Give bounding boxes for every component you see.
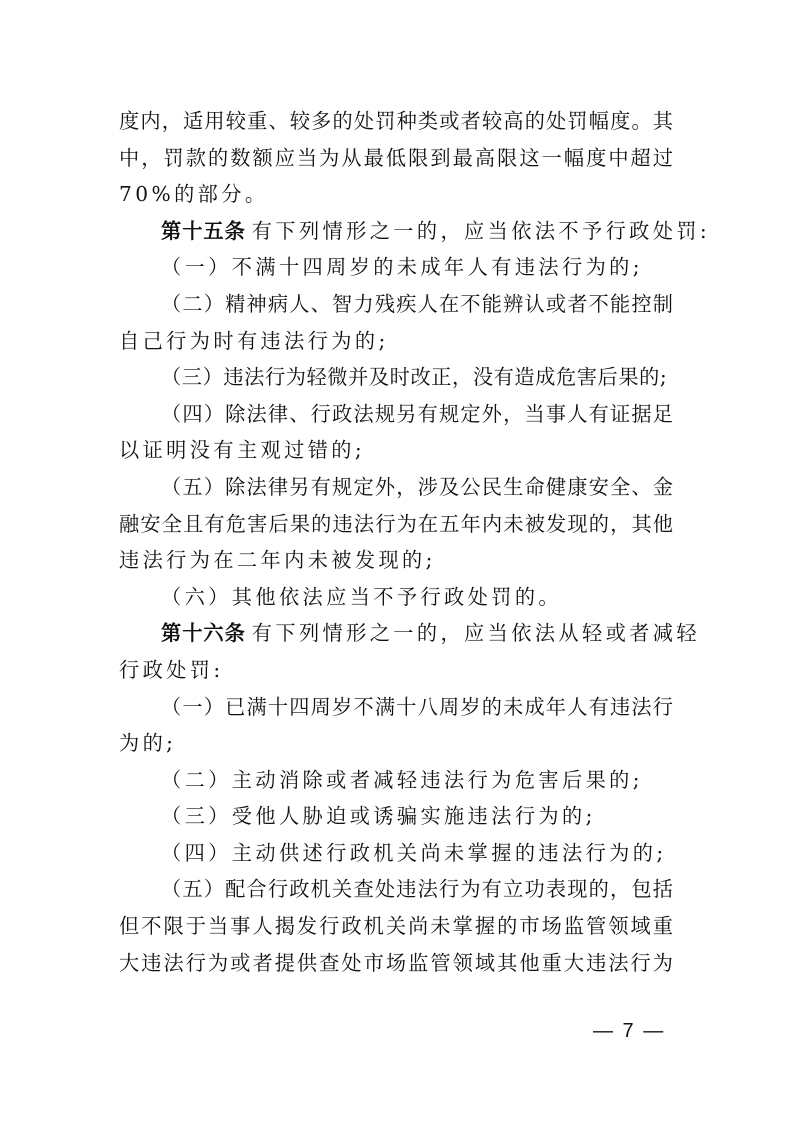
- list-item: （六）其他依法应当不予行政处罚的。: [119, 579, 673, 616]
- list-item: （四）除法律、行政法规另有规定外，当事人有证据足: [119, 396, 673, 433]
- list-item: （三）违法行为轻微并及时改正，没有造成危害后果的;: [119, 359, 673, 396]
- text-line: 但不限于当事人揭发行政机关尚未掌握的市场监管领域重: [119, 908, 673, 945]
- text-line: 融安全且有危害后果的违法行为在五年内未被发现的，其他: [119, 506, 673, 543]
- list-item: （五）配合行政机关查处违法行为有立功表现的，包括: [119, 871, 673, 908]
- list-item: （五）除法律另有规定外，涉及公民生命健康安全、金: [119, 469, 673, 506]
- article-text: 有下列情形之一的，应当依法不予行政处罚:: [252, 219, 710, 243]
- text-line: 度内，适用较重、较多的处罚种类或者较高的处罚幅度。其: [119, 103, 673, 140]
- text-line: 70%的部分。: [119, 176, 673, 213]
- text-line: 违法行为在二年内未被发现的;: [119, 542, 673, 579]
- list-item: （一）已满十四周岁不满十八周岁的未成年人有违法行: [119, 689, 673, 726]
- list-item: （二）主动消除或者减轻违法行为危害后果的;: [119, 762, 673, 799]
- list-item: （二）精神病人、智力残疾人在不能辨认或者不能控制: [119, 286, 673, 323]
- text-line: 自己行为时有违法行为的;: [119, 323, 673, 360]
- text-line: 为的;: [119, 725, 673, 762]
- article-number: 第十五条: [161, 219, 246, 243]
- article-16-heading-line: 第十六条有下列情形之一的，应当依法从轻或者减轻: [119, 615, 673, 652]
- text-line: 中，罚款的数额应当为从最低限到最高限这一幅度中超过: [119, 140, 673, 177]
- text-line: 行政处罚:: [119, 652, 673, 689]
- article-text: 有下列情形之一的，应当依法从轻或者减轻: [252, 621, 700, 645]
- page-number: — 7 —: [593, 1020, 665, 1043]
- list-item: （三）受他人胁迫或诱骗实施违法行为的;: [119, 798, 673, 835]
- article-15-heading-line: 第十五条有下列情形之一的，应当依法不予行政处罚:: [119, 213, 673, 250]
- document-page: 度内，适用较重、较多的处罚种类或者较高的处罚幅度。其 中，罚款的数额应当为从最低…: [119, 103, 673, 981]
- list-item: （四）主动供述行政机关尚未掌握的违法行为的;: [119, 835, 673, 872]
- article-number: 第十六条: [161, 621, 246, 645]
- list-item: （一）不满十四周岁的未成年人有违法行为的;: [119, 249, 673, 286]
- text-line: 大违法行为或者提供查处市场监管领域其他重大违法行为: [119, 945, 673, 982]
- text-line: 以证明没有主观过错的;: [119, 432, 673, 469]
